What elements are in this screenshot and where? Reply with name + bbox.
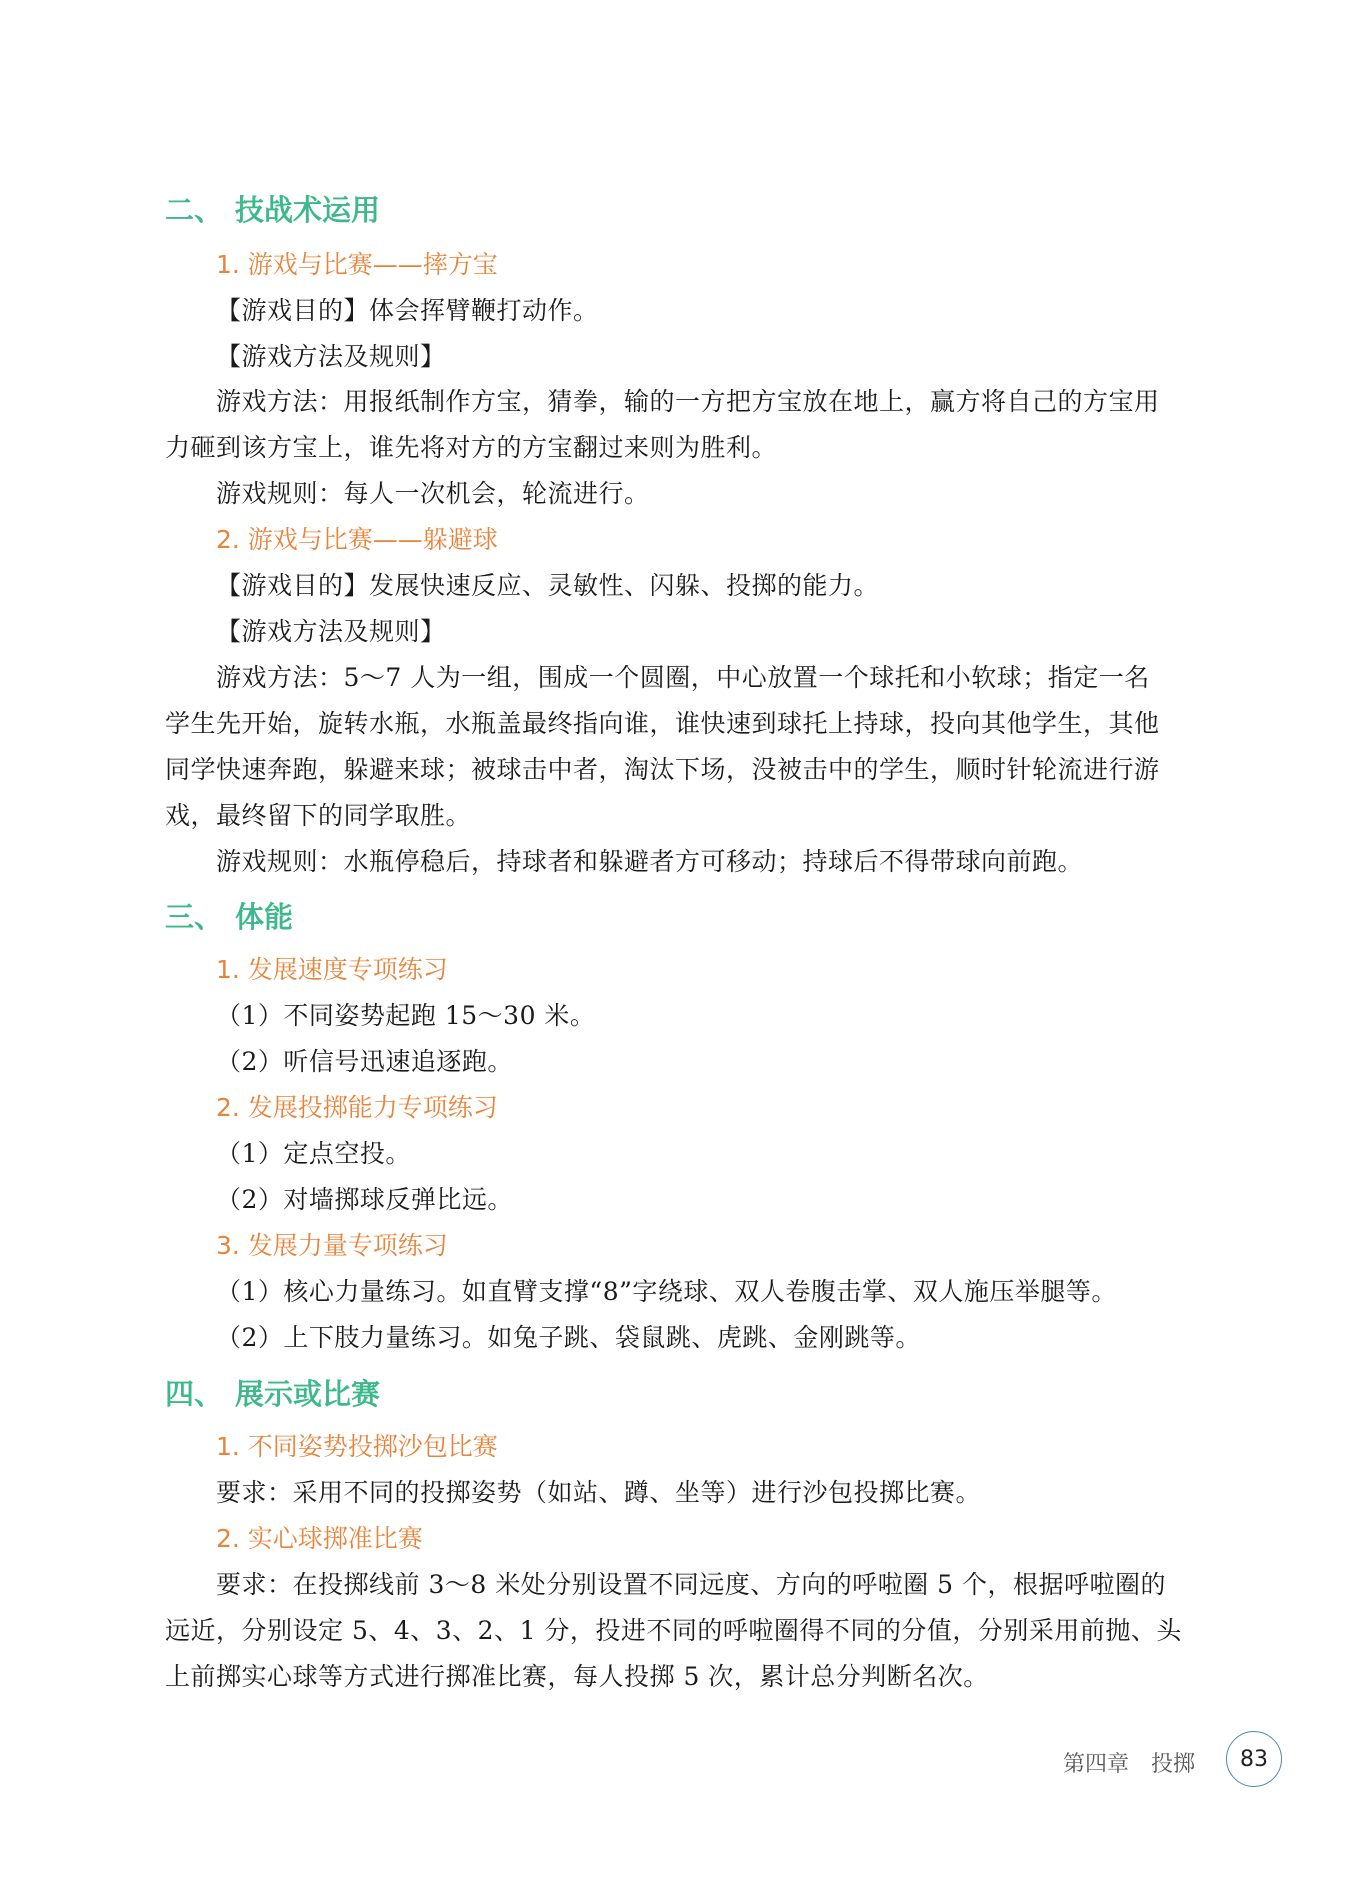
paragraph: 戏，最终留下的同学取胜。 [165,803,471,828]
paragraph: 同学快速奔跑，躲避来球；被球击中者，淘汰下场，没被击中的学生，顺时针轮流进行游 [165,757,1160,782]
subsection-heading: 2. 实心球掷准比赛 [216,1526,423,1551]
paragraph: 游戏规则：每人一次机会，轮流进行。 [216,481,650,506]
section-title: 技战术运用 [235,193,380,227]
section-title: 展示或比赛 [235,1377,380,1411]
chapter-number: 第四章 [1063,1752,1129,1777]
subsection-heading: 3. 发展力量专项练习 [216,1233,448,1258]
paragraph: 【游戏方法及规则】 [216,619,446,644]
section-heading: 四、展示或比赛 [165,1380,380,1409]
paragraph: （1）不同姿势起跑 15～30 米。 [216,1003,595,1028]
paragraph: 游戏方法：5～7 人为一组，围成一个圆圈，中心放置一个球托和小软球；指定一名 [216,665,1150,690]
subsection-heading: 1. 游戏与比赛——摔方宝 [216,252,498,277]
paragraph: 上前掷实心球等方式进行掷准比赛，每人投掷 5 次，累计总分判断名次。 [165,1664,989,1689]
chapter-title: 投掷 [1151,1752,1195,1777]
paragraph: 游戏规则：水瓶停稳后，持球者和躲避者方可移动；持球后不得带球向前跑。 [216,849,1083,874]
footer-chapter-label: 第四章投掷 [1063,1747,1195,1778]
paragraph: 远近，分别设定 5、4、3、2、1 分，投进不同的呼啦圈得不同的分值，分别采用前… [165,1618,1182,1643]
section-title: 体能 [235,900,293,934]
paragraph: （2）听信号迅速追逐跑。 [216,1049,513,1074]
section-heading: 三、体能 [165,903,293,932]
section-number: 四、 [165,1380,235,1409]
subsection-heading: 2. 发展投掷能力专项练习 [216,1095,498,1120]
paragraph: 力砸到该方宝上，谁先将对方的方宝翻过来则为胜利。 [165,435,777,460]
paragraph: 【游戏目的】体会挥臂鞭打动作。 [216,298,599,323]
subsection-heading: 1. 发展速度专项练习 [216,957,448,982]
page-number-badge: 83 [1226,1731,1282,1787]
paragraph: （2）上下肢力量练习。如兔子跳、袋鼠跳、虎跳、金刚跳等。 [216,1325,921,1350]
paragraph: （1）定点空投。 [216,1141,411,1166]
paragraph: （1）核心力量练习。如直臂支撑“8”字绕球、双人卷腹击掌、双人施压举腿等。 [216,1279,1117,1304]
subsection-heading: 2. 游戏与比赛——躲避球 [216,527,498,552]
section-heading: 二、技战术运用 [165,196,380,225]
paragraph: 游戏方法：用报纸制作方宝，猜拳，输的一方把方宝放在地上，赢方将自己的方宝用 [216,389,1160,414]
paragraph: （2）对墙掷球反弹比远。 [216,1187,513,1212]
section-number: 三、 [165,903,235,932]
section-number: 二、 [165,196,235,225]
subsection-heading: 1. 不同姿势投掷沙包比赛 [216,1434,498,1459]
page-number: 83 [1240,1747,1268,1772]
paragraph: 要求：采用不同的投掷姿势（如站、蹲、坐等）进行沙包投掷比赛。 [216,1480,981,1505]
paragraph: 要求：在投掷线前 3～8 米处分别设置不同远度、方向的呼啦圈 5 个，根据呼啦圈… [216,1572,1166,1597]
paragraph: 【游戏方法及规则】 [216,344,446,369]
paragraph: 【游戏目的】发展快速反应、灵敏性、闪躲、投掷的能力。 [216,573,879,598]
paragraph: 学生先开始，旋转水瓶，水瓶盖最终指向谁，谁快速到球托上持球，投向其他学生，其他 [165,711,1160,736]
